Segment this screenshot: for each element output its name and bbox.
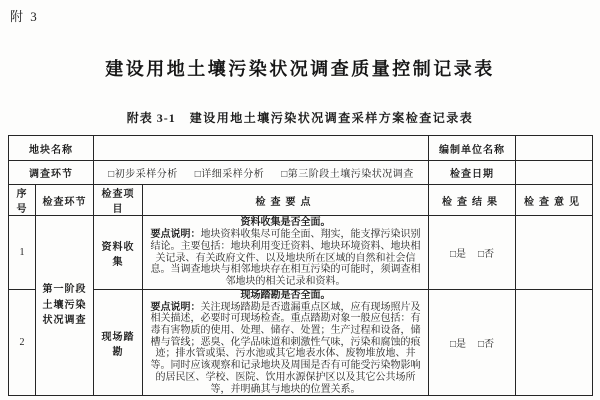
row1-item: 资料收集 — [94, 216, 143, 290]
header-check-result: 检查结果 — [429, 185, 516, 216]
stage-group-label: 第一阶段 土壤污染 状况调查 — [36, 216, 94, 396]
checkbox-no[interactable]: □否 — [478, 249, 494, 260]
row2-point-lead: 要点说明： — [151, 302, 201, 313]
table-row: 1 第一阶段 土壤污染 状况调查 资料收集 资料收集是否全面。 要点说明：地块资… — [9, 216, 593, 290]
table-caption: 附表 3-1建设用地土壤污染状况调查采样方案检查记录表 — [0, 109, 600, 126]
header-check-opinion: 检查意见 — [516, 185, 593, 216]
header-check-item: 检查项目 — [94, 185, 143, 216]
checkbox-detailed-sampling[interactable]: □详细采样分析 — [195, 165, 265, 180]
row2-point-body: 关注现场踏勘是否遗漏重点区域，应有现场照片及相关描述，必要时可现场检查。重点踏勘… — [151, 302, 421, 395]
site-name-label: 地块名称 — [9, 136, 94, 161]
row2-result: □是□否 — [429, 290, 516, 396]
table-row: 2 现场踏勘 现场踏勘是否全面。 要点说明：关注现场踏勘是否遗漏重点区域，应有现… — [9, 290, 593, 396]
row1-seq: 1 — [9, 216, 36, 290]
checkbox-no[interactable]: □否 — [478, 339, 494, 350]
row1-result: □是□否 — [429, 216, 516, 290]
checkbox-yes[interactable]: □是 — [450, 249, 466, 260]
record-table: 地块名称 编制单位名称 调查环节 □初步采样分析 □详细采样分析 □第三阶段土壤… — [8, 135, 593, 396]
row1-point-title: 资料收集是否全面。 — [146, 217, 425, 229]
checkbox-yes[interactable]: □是 — [450, 339, 466, 350]
survey-stage-row: 调查环节 □初步采样分析 □详细采样分析 □第三阶段土壤污染状况调查 检查日期 — [9, 161, 593, 185]
row2-check-points: 现场踏勘是否全面。 要点说明：关注现场踏勘是否遗漏重点区域，应有现场照片及相关描… — [143, 290, 429, 396]
survey-stage-label: 调查环节 — [9, 161, 94, 185]
table-caption-text: 建设用地土壤污染状况调查采样方案检查记录表 — [190, 111, 474, 125]
row2-opinion-field[interactable] — [516, 290, 593, 396]
row2-point-title: 现场踏勘是否全面。 — [146, 290, 425, 302]
row2-item: 现场踏勘 — [94, 290, 143, 396]
document-title: 建设用地土壤污染状况调查质量控制记录表 — [0, 55, 600, 81]
checkbox-third-stage-survey[interactable]: □第三阶段土壤污染状况调查 — [281, 165, 414, 180]
attachment-number: 附 3 — [10, 6, 39, 25]
row2-seq: 2 — [9, 290, 36, 396]
row1-point-lead: 要点说明： — [151, 229, 201, 240]
unit-name-label: 编制单位名称 — [429, 136, 516, 161]
site-name-field[interactable] — [94, 136, 429, 161]
checkbox-preliminary-sampling[interactable]: □初步采样分析 — [108, 165, 178, 180]
table-header-row: 序号 检查环节 检查项目 检查要点 检查结果 检查意见 — [9, 185, 593, 216]
header-seq: 序号 — [9, 185, 36, 216]
check-date-label: 检查日期 — [429, 161, 516, 185]
header-check-stage: 检查环节 — [36, 185, 94, 216]
unit-name-field[interactable] — [516, 136, 593, 161]
row1-opinion-field[interactable] — [516, 216, 593, 290]
survey-stage-options: □初步采样分析 □详细采样分析 □第三阶段土壤污染状况调查 — [94, 161, 429, 185]
row1-check-points: 资料收集是否全面。 要点说明：地块资料收集尽可能全面、翔实，能支撑污染识别结论。… — [143, 216, 429, 290]
table-number: 附表 3-1 — [127, 111, 176, 125]
check-date-field[interactable] — [516, 161, 593, 185]
header-check-points: 检查要点 — [143, 185, 429, 216]
site-name-row: 地块名称 编制单位名称 — [9, 136, 593, 161]
